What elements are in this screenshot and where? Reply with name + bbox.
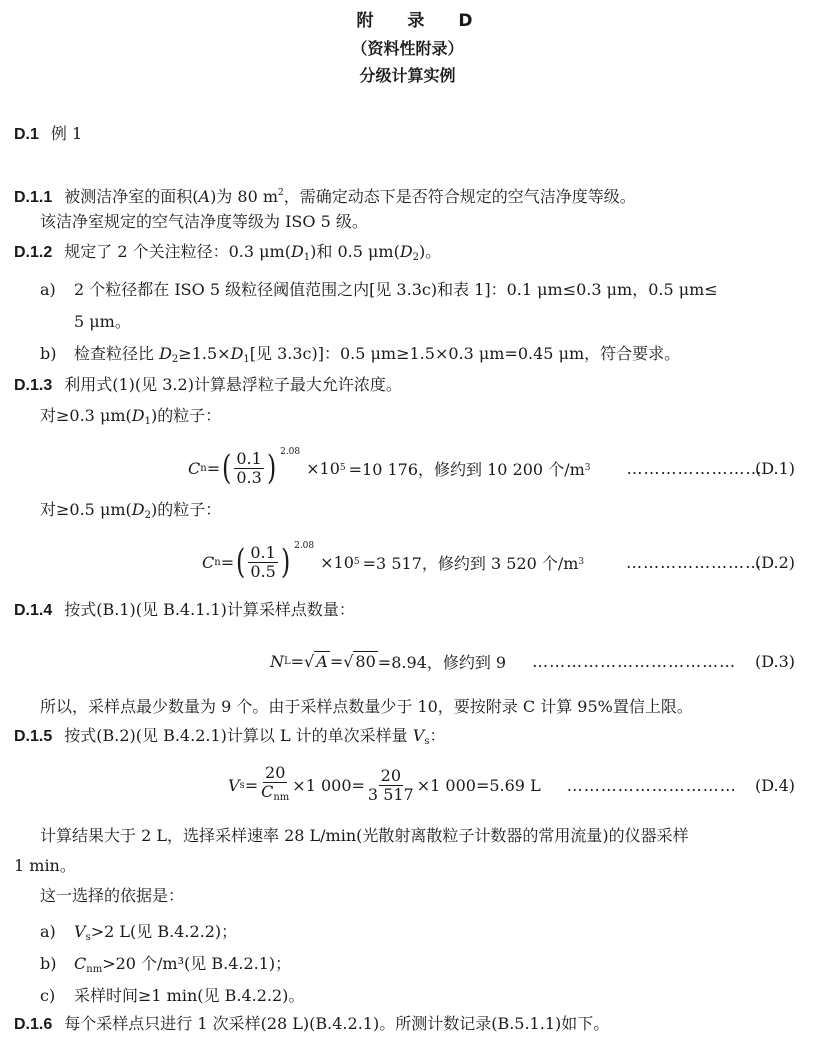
list-label: b) xyxy=(40,954,74,974)
denominator: 3 517 xyxy=(366,786,416,804)
text: ≥1.5× xyxy=(178,344,230,363)
var-vs: V xyxy=(413,726,425,745)
list-label: c) xyxy=(40,986,74,1006)
fraction: 0.10.3 xyxy=(234,450,263,487)
fraction: 20Cnm xyxy=(259,764,291,807)
var-d1: D xyxy=(291,242,304,261)
radicand: A xyxy=(314,651,330,671)
formula-mid: ×1 000= xyxy=(292,776,365,795)
var-d1: D xyxy=(132,406,145,425)
case-d2-label: 对≥0.5 μm(D2)的粒子： xyxy=(40,500,221,526)
text: )和 0.5 μm( xyxy=(310,242,400,261)
section-d15-result-line2: 1 min。 xyxy=(14,856,76,876)
numerator: 20 xyxy=(263,764,287,783)
exponent: 2.08 xyxy=(280,447,300,457)
text: 被测洁净室的面积( xyxy=(64,187,198,206)
right-paren: ) xyxy=(281,545,290,579)
left-paren: ( xyxy=(222,451,231,485)
var-d1: D xyxy=(231,344,244,363)
section-number: D.1.1 xyxy=(14,188,52,208)
var-area: A xyxy=(199,187,211,206)
fraction: 0.10.5 xyxy=(248,544,277,581)
section-d15-basis: 这一选择的依据是： xyxy=(40,886,184,906)
text: 按式(B.1)(见 B.4.1.1)计算采样点数量： xyxy=(64,600,355,619)
subscript: nm xyxy=(86,964,102,975)
section-d14: D.1.4按式(B.1)(见 B.4.1.1)计算采样点数量： xyxy=(14,600,355,621)
formula-lhs: C xyxy=(188,459,200,478)
formula-lhs: V xyxy=(228,776,240,795)
formula-d1: Cn =( 0.10.3 )2.08 ×105 =10 176，修约到 10 2… xyxy=(188,446,805,490)
equation-number: (D.2) xyxy=(755,553,795,572)
radicand: 80 xyxy=(353,651,377,671)
var-d2: D xyxy=(132,500,145,519)
text: >2 L(见 B.4.2.2)； xyxy=(91,922,237,941)
var-cnm: C xyxy=(74,954,86,973)
section-title: 例 1 xyxy=(51,124,82,143)
formula-d2: Cn =( 0.10.5 )2.08 ×105 =3 517，修约到 3 520… xyxy=(202,540,805,584)
appendix-type: （资料性附录） xyxy=(0,36,815,59)
formula-result: ×1 000=5.69 L xyxy=(417,776,541,795)
section-d15: D.1.5按式(B.2)(见 B.4.2.1)计算以 L 计的单次采样量 Vs： xyxy=(14,726,446,752)
multiplier: ×10 xyxy=(306,459,340,478)
text: [见 3.3c)]：0.5 μm≥1.5×0.3 μm=0.45 μm，符合要求… xyxy=(250,344,680,363)
text: 规定了 2 个关注粒径：0.3 μm( xyxy=(64,242,291,261)
text: )的粒子： xyxy=(151,406,221,425)
section-d13: D.1.3利用式(1)(见 3.2)计算悬浮粒子最大允许浓度。 xyxy=(14,375,402,396)
equation-number: (D.3) xyxy=(755,652,795,671)
text: 检查粒径比 xyxy=(74,344,159,363)
text: 对≥0.5 μm( xyxy=(40,500,132,519)
var-vs: V xyxy=(74,922,86,941)
section-number: D.1 xyxy=(14,125,39,145)
denominator: 0.5 xyxy=(248,563,277,581)
var-c: C xyxy=(261,782,273,801)
multiplier: ×10 xyxy=(320,553,354,572)
var-d2: D xyxy=(159,344,172,363)
section-d14-conclusion: 所以，采样点最少数量为 9 个。由于采样点数量少于 10，要按附录 C 计算 9… xyxy=(40,697,693,717)
numerator: 0.1 xyxy=(234,450,263,469)
text: ，需确定动态下是否符合规定的空气洁净度等级。 xyxy=(284,187,636,206)
list-label: a) xyxy=(40,922,74,942)
sqrt-sign: =√ xyxy=(291,652,315,671)
text: )。 xyxy=(419,242,441,261)
text: )的粒子： xyxy=(151,500,221,519)
dot-leader: …………………… xyxy=(627,459,763,478)
formula-d4: Vs = 20Cnm ×1 000= 203 517 ×1 000=5.69 L… xyxy=(228,762,805,808)
appendix-title: 附 录 D xyxy=(0,6,815,31)
superscript: 3 xyxy=(585,463,591,473)
basis-item-b: b)Cnm>20 个/m³(见 B.4.2.1)； xyxy=(40,954,291,980)
left-paren: ( xyxy=(236,545,245,579)
exponent: 2.08 xyxy=(294,541,314,551)
section-number: D.1.5 xyxy=(14,727,52,747)
section-number: D.1.2 xyxy=(14,243,52,263)
text: 利用式(1)(见 3.2)计算悬浮粒子最大允许浓度。 xyxy=(64,375,402,394)
superscript: 5 xyxy=(354,557,360,567)
var-d2: D xyxy=(400,242,413,261)
text: 按式(B.2)(见 B.4.2.1)计算以 L 计的单次采样量 xyxy=(64,726,413,745)
formula-result: =8.94，修约到 9 xyxy=(378,650,506,673)
text: ： xyxy=(429,726,445,745)
denominator: Cnm xyxy=(259,783,291,807)
subscript: nm xyxy=(273,792,289,803)
fraction: 203 517 xyxy=(366,767,416,804)
appendix-subject: 分级计算实例 xyxy=(0,63,815,86)
dot-leader: …………………… xyxy=(626,553,762,572)
text: >20 个/m³(见 B.4.2.1)； xyxy=(102,954,291,973)
basis-item-c: c)采样时间≥1 min(见 B.4.2.2)。 xyxy=(40,986,304,1006)
list-item-a-cont: 5 μm。 xyxy=(74,312,131,332)
list-label: b) xyxy=(40,344,74,364)
formula-lhs: N xyxy=(270,652,284,671)
text: )为 80 m xyxy=(210,187,278,206)
formula-result: =10 176，修约到 10 200 个/m xyxy=(349,457,585,480)
section-number: D.1.3 xyxy=(14,376,52,396)
section-d16: D.1.6每个采样点只进行 1 次采样(28 L)(B.4.2.1)。所测计数记… xyxy=(14,1014,609,1035)
list-label: a) xyxy=(40,280,74,300)
case-d1-label: 对≥0.3 μm(D1)的粒子： xyxy=(40,406,221,432)
numerator: 20 xyxy=(379,767,403,786)
text: 每个采样点只进行 1 次采样(28 L)(B.4.2.1)。所测计数记录(B.5… xyxy=(64,1014,609,1033)
numerator: 0.1 xyxy=(248,544,277,563)
equation-number: (D.4) xyxy=(755,776,795,795)
text: 对≥0.3 μm( xyxy=(40,406,132,425)
text: 2 个粒径都在 ISO 5 级粒径阈值范围之内[见 3.3c)和表 1]：0.1… xyxy=(74,280,718,299)
section-d1-heading: D.1例 1 xyxy=(14,124,82,145)
right-paren: ) xyxy=(267,451,276,485)
superscript: 3 xyxy=(578,557,584,567)
list-item-b: b)检查粒径比 D2≥1.5×D1[见 3.3c)]：0.5 μm≥1.5×0.… xyxy=(40,344,680,370)
section-d11-line2: 该洁净室规定的空气洁净度等级为 ISO 5 级。 xyxy=(40,212,368,232)
section-number: D.1.6 xyxy=(14,1015,52,1035)
formula-d3: NL =√A =√80 =8.94，修约到 9 ……………………………… (D.… xyxy=(270,648,805,674)
denominator: 0.3 xyxy=(234,469,263,487)
sqrt-sign: =√ xyxy=(330,652,354,671)
dot-leader: ………………………… xyxy=(567,776,737,795)
section-d15-result-line1: 计算结果大于 2 L，选择采样速率 28 L/min(光散射离散粒子计数器的常用… xyxy=(40,826,689,846)
formula-lhs: C xyxy=(202,553,214,572)
superscript: 5 xyxy=(340,463,346,473)
section-number: D.1.4 xyxy=(14,601,52,621)
dot-leader: ……………………………… xyxy=(532,652,736,671)
equation-number: (D.1) xyxy=(755,459,795,478)
section-d12: D.1.2规定了 2 个关注粒径：0.3 μm(D1)和 0.5 μm(D2)。 xyxy=(14,242,441,268)
basis-item-a: a)Vs>2 L(见 B.4.2.2)； xyxy=(40,922,237,948)
text: 采样时间≥1 min(见 B.4.2.2)。 xyxy=(74,986,304,1005)
section-d11: D.1.1被测洁净室的面积(A)为 80 m2，需确定动态下是否符合规定的空气洁… xyxy=(14,183,636,208)
subscript: L xyxy=(284,656,291,667)
list-item-a: a)2 个粒径都在 ISO 5 级粒径阈值范围之内[见 3.3c)和表 1]：0… xyxy=(40,280,718,300)
formula-result: =3 517，修约到 3 520 个/m xyxy=(363,551,579,574)
